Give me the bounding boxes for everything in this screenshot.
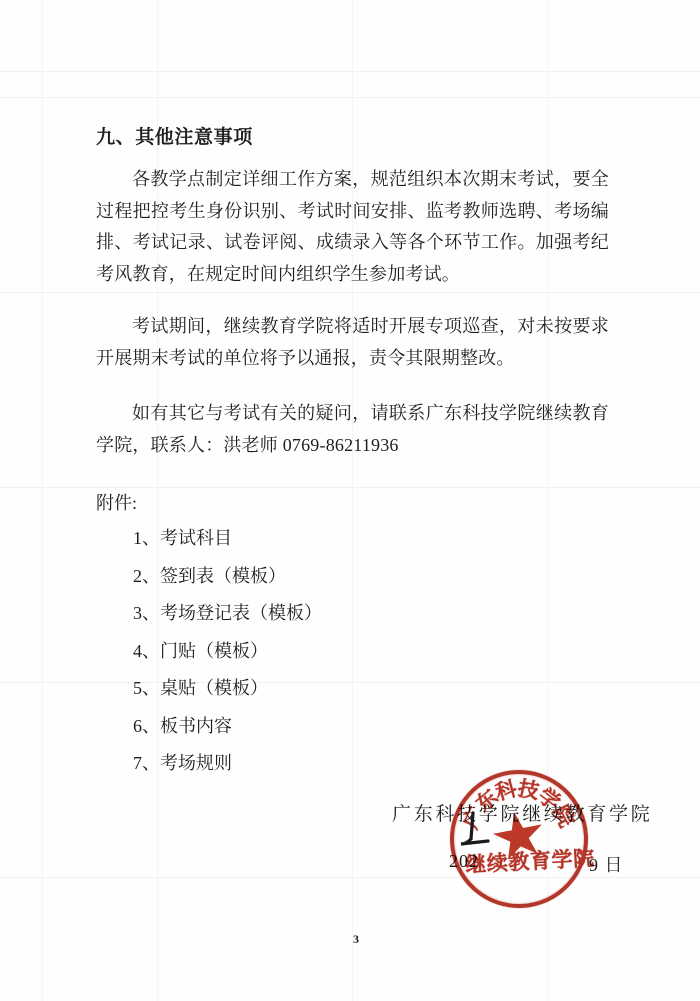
- attachment-item: 1、考试科目: [133, 520, 322, 558]
- attachment-item: 4、门贴（模板）: [133, 633, 322, 671]
- attachment-item: 6、板书内容: [133, 708, 322, 746]
- attachments-label: 附件:: [96, 489, 137, 515]
- page-number: 3: [348, 932, 364, 947]
- document-page: 九、其他注意事项 各教学点制定详细工作方案，规范组织本次期末考试，要全过程把控考…: [0, 0, 700, 1001]
- paragraph-contact: 如有其它与考试有关的疑问，请联系广东科技学院继续教育学院，联系人：洪老师 076…: [96, 398, 609, 461]
- paragraph-exam-organization: 各教学点制定详细工作方案，规范组织本次期末考试，要全过程把控考生身份识别、考试时…: [96, 164, 609, 290]
- paragraph-inspection: 考试期间，继续教育学院将适时开展专项巡查，对未按要求开展期末考试的单位将予以通报…: [96, 311, 609, 374]
- attachments-list: 1、考试科目 2、签到表（模板） 3、考场登记表（模板） 4、门贴（模板） 5、…: [133, 520, 322, 783]
- ink-mark: [458, 810, 492, 854]
- section-heading: 九、其他注意事项: [96, 122, 253, 149]
- attachment-item: 2、签到表（模板）: [133, 558, 322, 596]
- attachment-item: 7、考场规则: [133, 745, 322, 783]
- attachment-item: 3、考场登记表（模板）: [133, 595, 322, 633]
- attachment-item: 5、桌贴（模板）: [133, 670, 322, 708]
